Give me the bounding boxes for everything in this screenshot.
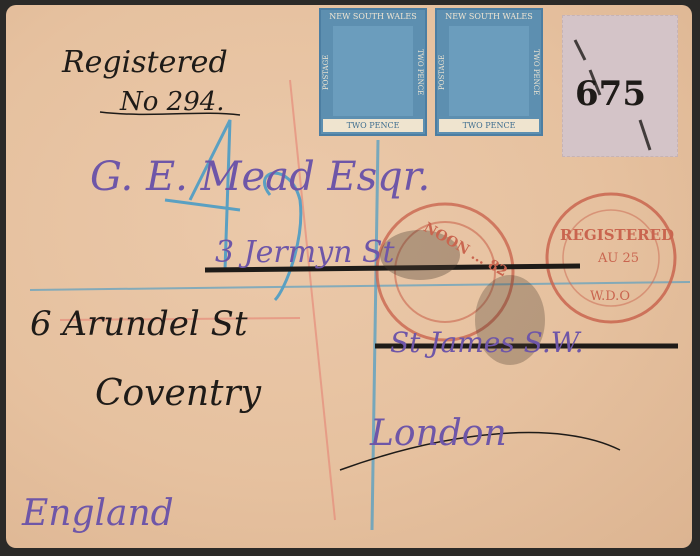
country: England bbox=[21, 493, 174, 534]
redirect-street: 6 Arundel St bbox=[30, 304, 248, 344]
text-layer: Registered No 294. 675 REGISTERED AU 25 … bbox=[0, 0, 700, 556]
cds-left: NOON ... 82 bbox=[421, 220, 510, 281]
cds-registered: REGISTERED bbox=[560, 226, 674, 244]
addressee: G. E. Mead Esqr. bbox=[90, 154, 430, 200]
struck-street: 3 Jermyn St bbox=[215, 235, 396, 270]
registration-number: No 294. bbox=[119, 87, 225, 117]
redirect-city: Coventry bbox=[95, 373, 262, 414]
city: London bbox=[369, 413, 507, 454]
registered-label: Registered bbox=[61, 45, 228, 80]
struck-district: St James S.W. bbox=[390, 326, 584, 359]
cds-date: AU 25 bbox=[597, 251, 639, 266]
cds-office: W.D.O bbox=[590, 289, 630, 304]
numeral-cancel: 675 bbox=[575, 74, 646, 114]
